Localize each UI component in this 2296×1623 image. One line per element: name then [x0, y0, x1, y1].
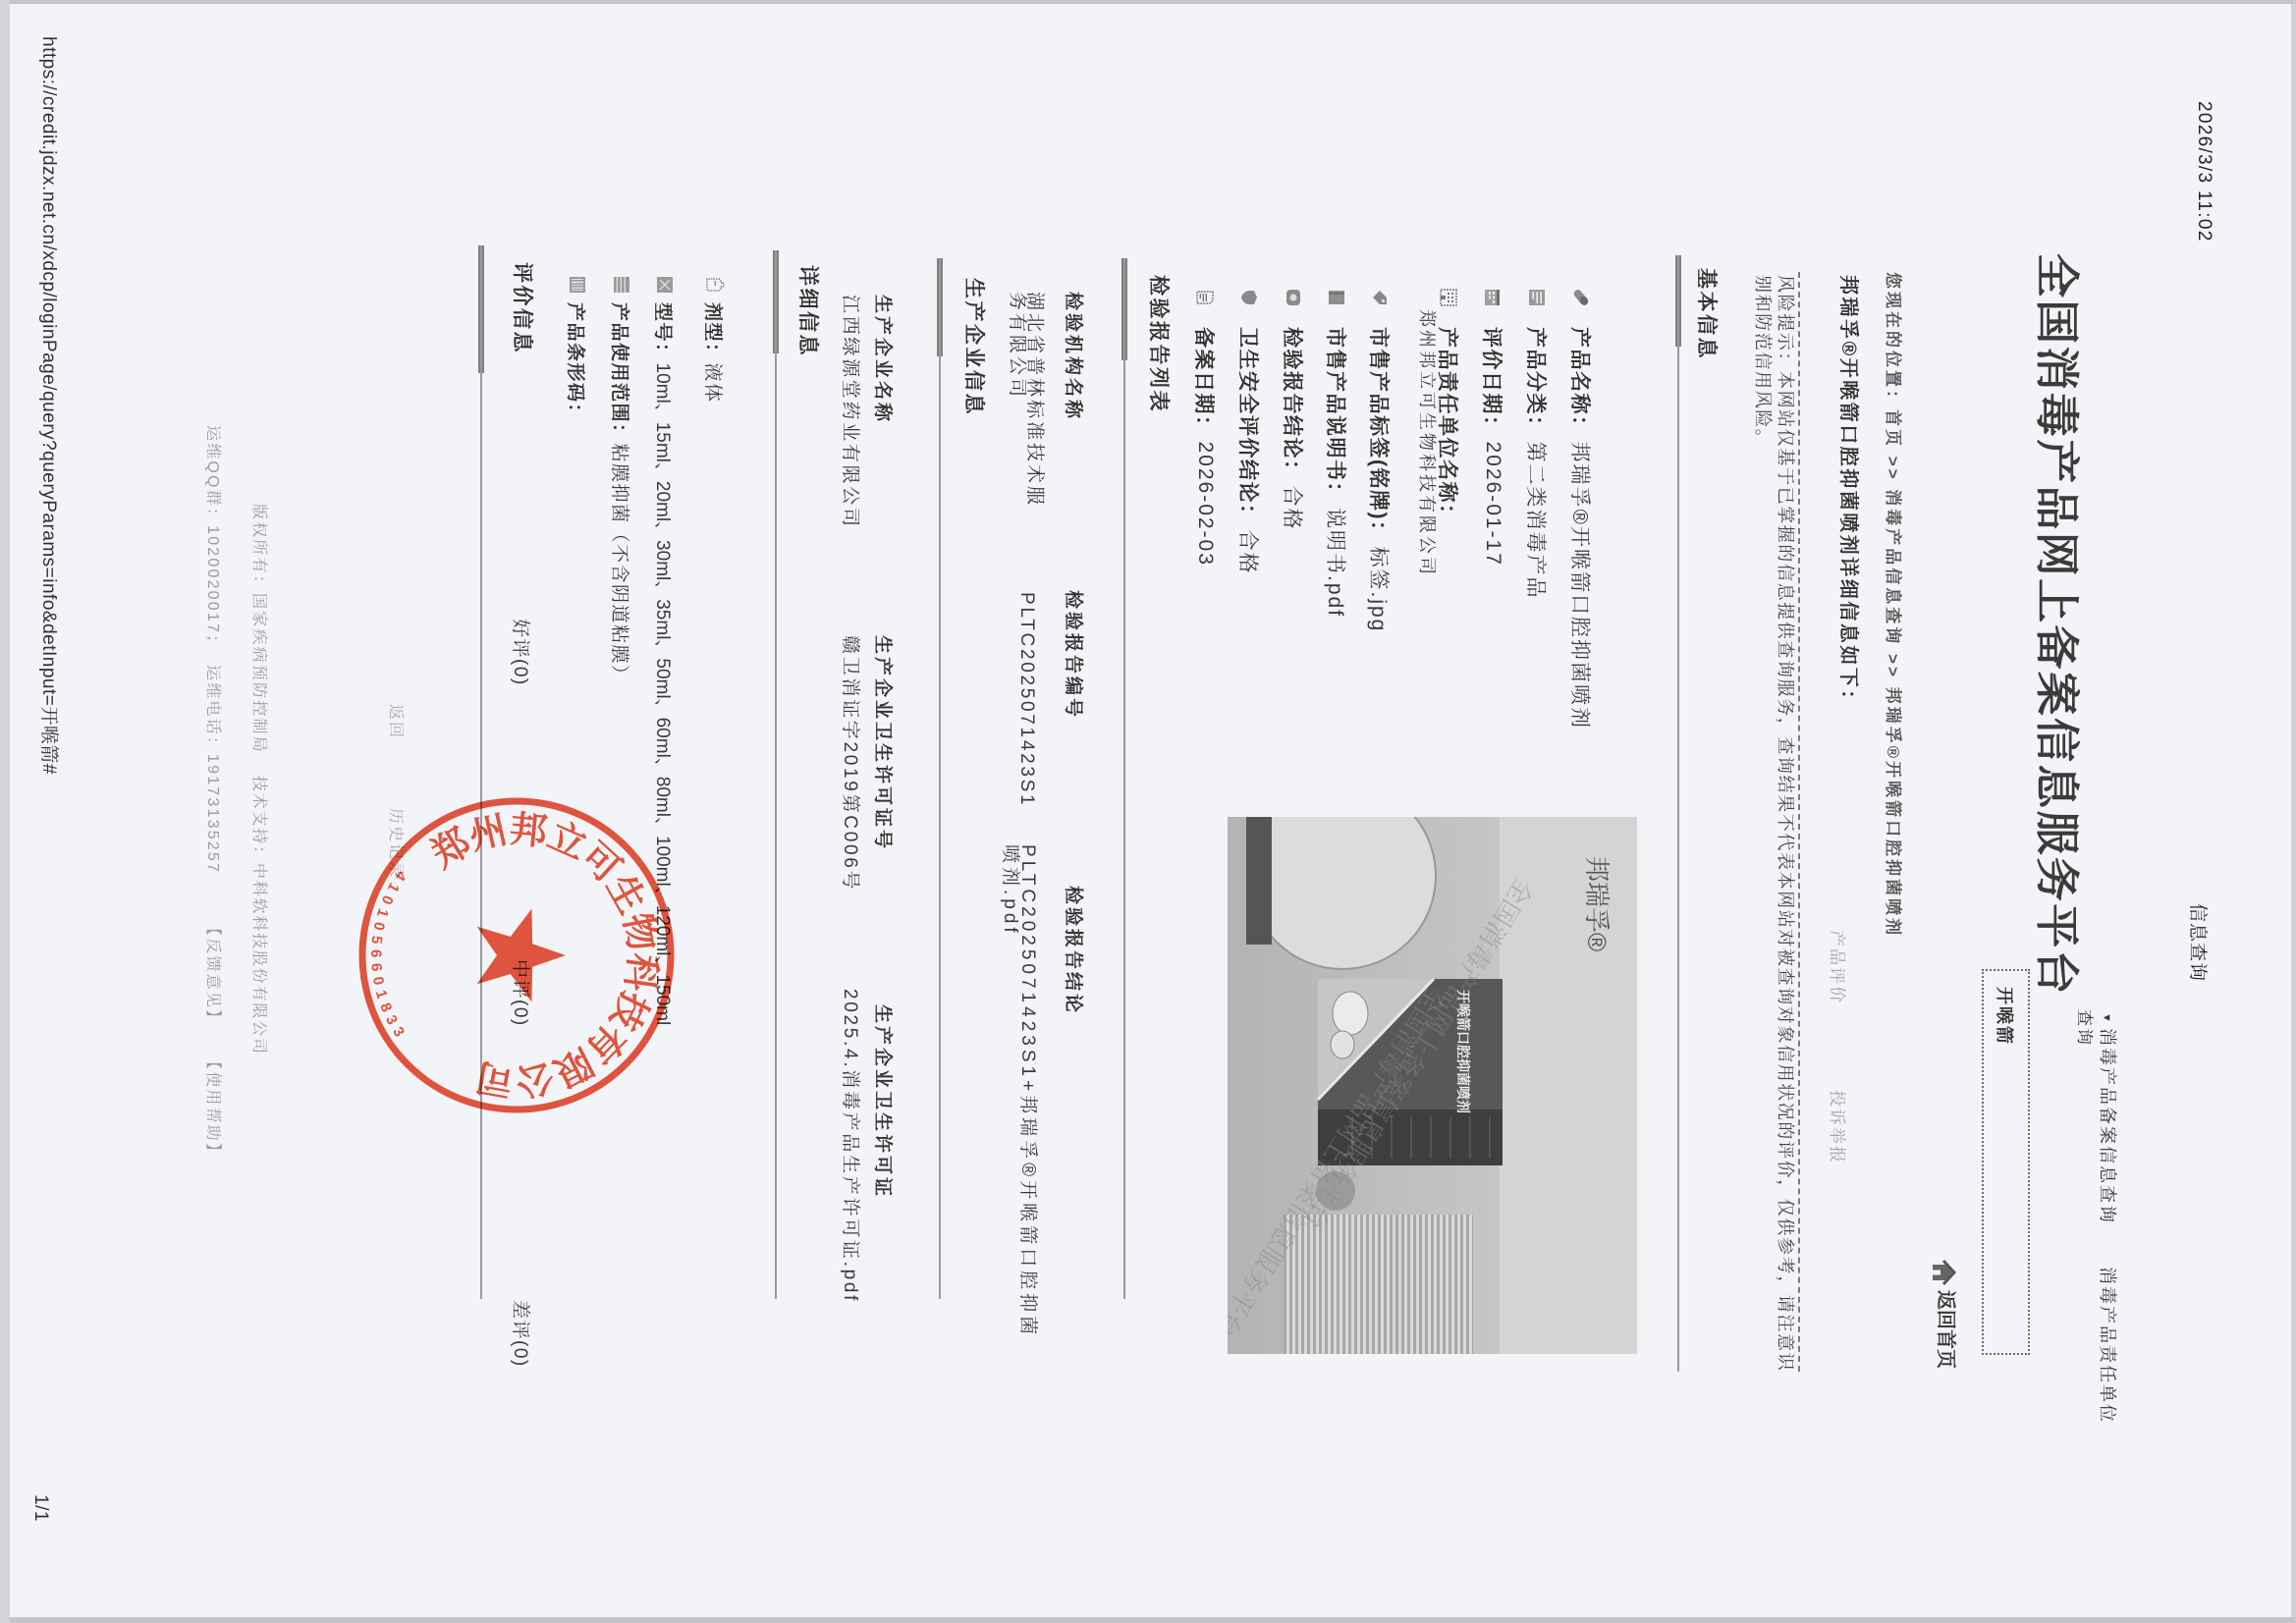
field-label: 产品分类：: [1522, 327, 1552, 438]
basic-info-row-evaluation-date: 评价日期： 2026-01-17: [1481, 288, 1504, 567]
section-rule: [775, 250, 777, 1299]
label-file-link[interactable]: 标签.jpg: [1365, 547, 1394, 633]
scan-edge-left: [0, 0, 2296, 4]
photo-brand-text: 邦瑞孚®: [1582, 856, 1612, 951]
column-header: 生产企业卫生许可证号: [871, 635, 892, 851]
manufacturer-name: 江西绿源堂药业有限公司: [839, 295, 859, 529]
basic-info-row-manual: 市售产品说明书： 说明书.pdf: [1325, 288, 1348, 618]
column-header: 检验报告结论: [1062, 886, 1082, 1015]
basic-info-row-responsible-unit: 产品责任单位名称：: [1437, 288, 1460, 526]
barcode-icon: [568, 275, 587, 295]
print-page-number: 1/1: [29, 1494, 50, 1522]
column-header: 生产企业名称: [871, 295, 892, 424]
manufacturer-license-number: 赣卫消证字2019第C006号: [839, 635, 859, 892]
section-title-evaluation: 评价信息: [511, 262, 533, 354]
footer-copyright: 版权所有：国家疾病预防控制局: [249, 504, 267, 754]
field-label: 产品名称：: [1566, 327, 1596, 438]
search-option-responsible-unit[interactable]: 消毒产品责任单位: [2097, 1267, 2116, 1424]
dashed-divider: [1798, 272, 1800, 1372]
footer-tech-support: 技术支持：中科软科技股份有限公司: [249, 776, 267, 1055]
field-label: 市售产品说明书：: [1322, 327, 1351, 504]
tag-icon: [1370, 288, 1390, 307]
document-icon: [1195, 288, 1215, 307]
tab-complaint-report[interactable]: 投诉举报: [1827, 1090, 1845, 1164]
column-header: 检验报告编号: [1062, 590, 1082, 720]
scanned-page: 2026/3/3 11:02 信息查询 全国消毒产品网上备案信息服务平台 ▼ 消…: [0, 0, 2296, 1623]
detail-row-barcode: 产品条形码：: [566, 275, 589, 423]
shield-icon: [1239, 288, 1259, 307]
back-to-home-link[interactable]: 返回首页: [1935, 1290, 1956, 1369]
basic-info-row-category: 产品分类： 第二类消毒产品: [1525, 288, 1549, 600]
section-title-inspection-reports: 检验报告列表: [1147, 275, 1170, 413]
section-title-basic-info: 基本信息: [1695, 268, 1718, 360]
section-rule: [480, 245, 482, 1299]
field-label: 产品条形码：: [565, 302, 591, 423]
print-url: https://credit.jdzx.net.cn/xdcp/loginPag…: [37, 36, 58, 775]
feedback-link[interactable]: 【反馈意见】: [203, 920, 221, 1027]
search-input[interactable]: [1982, 969, 2030, 1355]
risk-notice: 风险提示：本网站仅基于已掌握的信息提供查询服务，查询结果不代表本网站对被查询对象…: [1751, 275, 1796, 1375]
capsule-icon: [1571, 288, 1591, 307]
help-link[interactable]: 【使用帮助】: [203, 1054, 221, 1161]
scan-edge-top: [2291, 0, 2296, 1623]
scan-edge-bottom: [0, 0, 10, 1623]
size-icon: [655, 275, 675, 295]
footer-ops-qq: 运维QQ群：1020020017；: [203, 425, 221, 652]
section-rule: [939, 258, 941, 1299]
search-type-select[interactable]: 消毒产品备案信息查询: [2097, 1028, 2116, 1224]
product-heading: 邦瑞孚®开喉箭口腔抑菌喷剂详细信息如下：: [1837, 275, 1859, 712]
basic-info-row-label: 市售产品标签(铭牌)： 标签.jpg: [1368, 288, 1392, 632]
section-rule: [1123, 258, 1125, 1299]
bad-review-count[interactable]: 差评(0): [509, 1300, 529, 1368]
home-icon[interactable]: [1930, 1259, 1957, 1286]
product-image[interactable]: 邦瑞孚® 开喉箭口腔抑菌喷剂 全国消毒产品网上备案信息服务平台 全国消毒产品网上…: [1228, 817, 1637, 1354]
field-label: 市售产品标签(铭牌)：: [1365, 327, 1394, 543]
site-title: 全国消毒产品网上备案信息服务平台: [2033, 253, 2082, 997]
field-value: 液体: [702, 363, 729, 404]
building-icon: [1439, 288, 1458, 307]
field-value: 粘膜抑菌（不含阴道粘膜）: [609, 444, 635, 685]
basic-info-row-inspection-conclusion: 检验报告结论： 合格: [1282, 288, 1305, 531]
dropdown-arrow-icon[interactable]: ▼: [2101, 1012, 2112, 1023]
field-value: 第二类消毒产品: [1522, 442, 1552, 600]
calendar-icon: [1483, 288, 1503, 307]
section-title-details: 详细信息: [796, 265, 819, 357]
column-header: 生产企业卫生许可证: [871, 1004, 892, 1199]
field-label: 产品使用范围：: [609, 302, 635, 444]
report-file-link[interactable]: PLTC2025071423S1+邦瑞孚®开喉箭口腔抑菌喷剂.pdf: [1001, 844, 1036, 1350]
print-datetime: 2026/3/3 11:02: [2193, 101, 2214, 243]
field-value: 2026-01-17: [1481, 442, 1504, 567]
back-button[interactable]: 返回: [386, 704, 404, 739]
field-value: 2026-02-03: [1193, 442, 1217, 567]
section-title-manufacturer: 生产企业信息: [962, 278, 985, 416]
detail-row-usage-scope: 产品使用范围： 粘膜抑菌（不含阴道粘膜）: [610, 275, 633, 685]
seal-star-icon: [477, 908, 566, 1001]
footer-ops-phone: 运维电话：19173135257: [203, 665, 221, 874]
tab-product-evaluation[interactable]: 产品评价: [1827, 930, 1845, 1004]
field-label: 评价日期：: [1478, 327, 1507, 438]
company-seal: 郑州邦立可生物科技有限公司 4101056601833: [350, 788, 683, 1122]
manufacturer-license-file-link[interactable]: 2025.4.消毒产品生产许可证.pdf: [839, 989, 859, 1303]
field-label: 产品责任单位名称：: [1434, 327, 1463, 526]
field-label: 型号：: [652, 302, 679, 363]
breadcrumb: 您现在的位置：首页 >> 消毒产品信息查询 >> 邦瑞孚®开喉箭口腔抑菌喷剂: [1883, 272, 1901, 938]
field-value: 邦瑞孚®开喉箭口腔抑菌喷剂: [1566, 442, 1596, 730]
table-cell-report-number: PLTC2025071423S1: [1015, 592, 1036, 807]
section-rule: [1677, 255, 1679, 1372]
basic-info-row-safety-conclusion: 卫生安全评价结论： 合格: [1237, 288, 1261, 575]
field-label: 剂型：: [702, 302, 729, 363]
detail-row-dosage-form: 剂型： 液体: [703, 275, 727, 404]
search-submit-button[interactable]: 查询: [2074, 1009, 2093, 1047]
basic-info-row-filing-date: 备案日期： 2026-02-03: [1193, 288, 1217, 567]
print-page-title: 信息查询: [2186, 903, 2207, 982]
good-review-count[interactable]: 好评(0): [509, 619, 529, 686]
book-icon: [1327, 288, 1346, 307]
column-header: 检验机构名称: [1062, 292, 1082, 421]
field-value: 合格: [1234, 530, 1264, 575]
table-cell-agency: 湖北省普林标准技术服务有限公司: [1008, 292, 1043, 519]
field-label: 备案日期：: [1190, 327, 1220, 438]
basic-info-row-product-name: 产品名称： 邦瑞孚®开喉箭口腔抑菌喷剂: [1569, 288, 1593, 730]
field-label: 检验报告结论：: [1279, 327, 1308, 482]
field-label: 卫生安全评价结论：: [1234, 327, 1264, 526]
responsible-unit-value: 郑州邦立可生物科技有限公司: [1416, 309, 1436, 577]
bottle-icon: [705, 275, 725, 295]
field-value: 合格: [1279, 486, 1308, 531]
list-icon: [1527, 288, 1547, 307]
report-icon: [1284, 288, 1303, 307]
manual-file-link[interactable]: 说明书.pdf: [1322, 508, 1351, 618]
scope-icon: [612, 275, 631, 295]
scan-edge-right: [0, 1617, 2296, 1623]
